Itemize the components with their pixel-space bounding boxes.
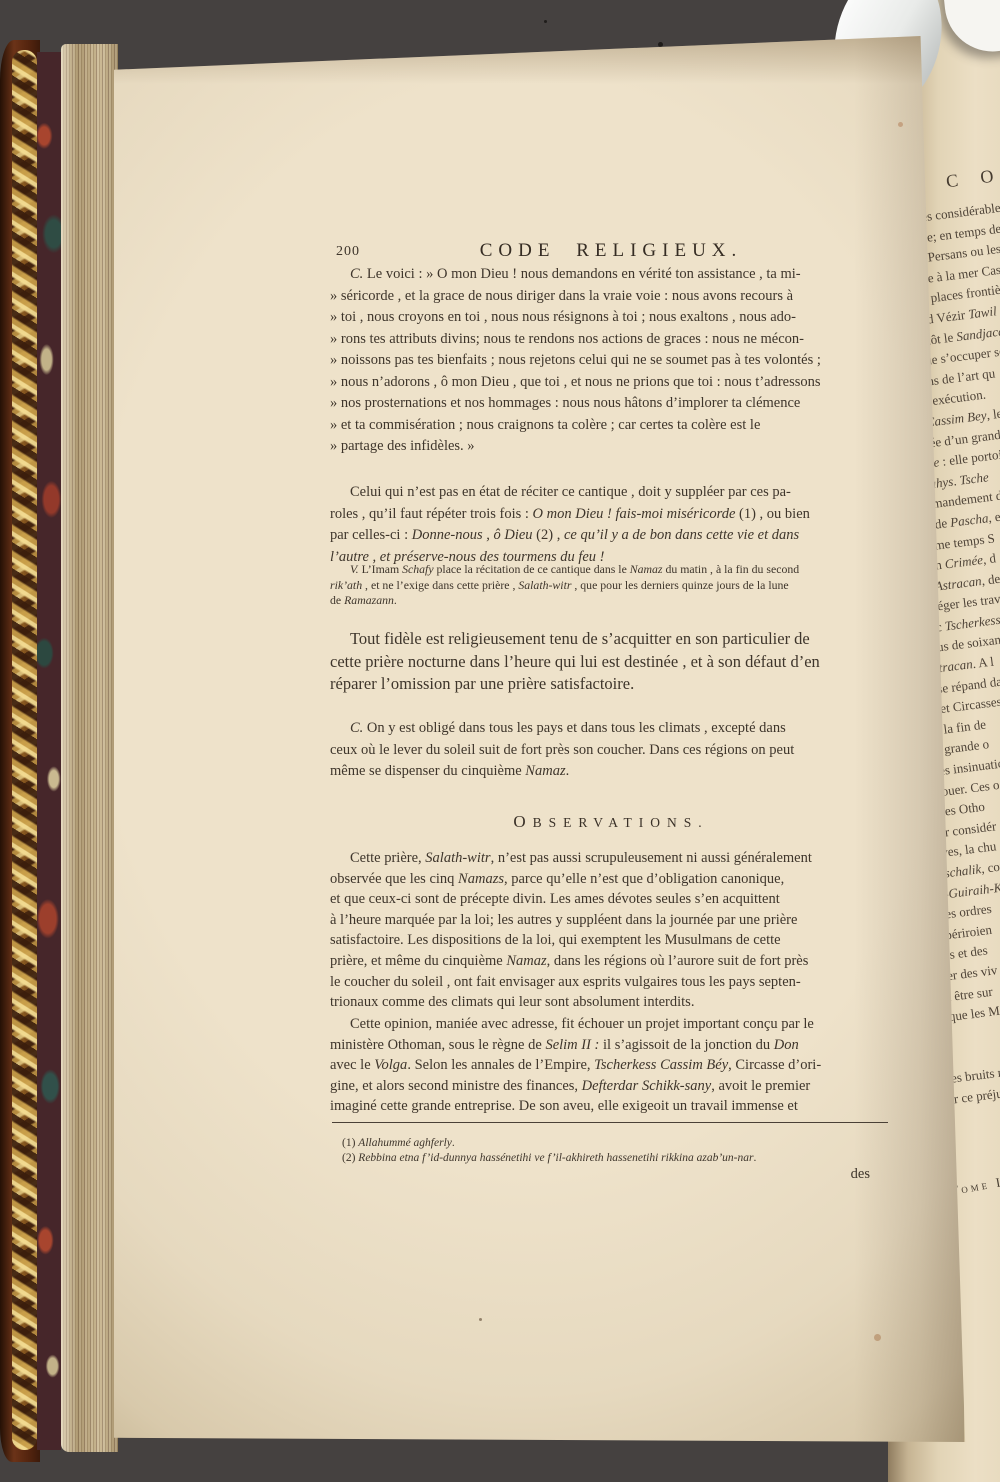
text-line: même se dispenser du cinquième Namaz. [330, 761, 892, 783]
text-line: » et ta commisération ; nous craignons t… [330, 415, 892, 437]
footnote-divider [332, 1122, 888, 1123]
text-line: observée que les cinq Namazs, parce qu’e… [330, 869, 892, 890]
text-line: » partage des infidèles. » [330, 436, 892, 458]
text-line: » noissons pas tes bienfaits ; nous reje… [330, 350, 892, 372]
text-line: et que ceux-ci sont de précepte divin. L… [330, 889, 892, 910]
text-line: à l’heure marquée par la loi; les autres… [330, 910, 892, 931]
background-speck [544, 20, 547, 23]
text-line: réparer l’omission par une prière satisf… [330, 673, 892, 696]
text-line: le coucher du soleil , ont fait envisage… [330, 972, 892, 993]
text-line: prière, et même du cinquième Namaz, dans… [330, 951, 892, 972]
text-line: C. On y est obligé dans tous les pays et… [330, 718, 892, 740]
paragraph-quote: C. Le voici : » O mon Dieu ! nous demand… [330, 264, 892, 458]
text-line: de Ramazann. [330, 593, 892, 609]
running-title: CODE RELIGIEUX. [330, 240, 892, 262]
text-line: rik’ath , et ne l’exige dans cette prièr… [330, 578, 892, 594]
text-line: ministère Othoman, sous le règne de Seli… [330, 1035, 892, 1056]
observations-heading: OBSERVATIONS. [330, 812, 892, 832]
text-line: » nous n’adorons , ô mon Dieu , que toi … [330, 372, 892, 394]
text-line: Tout fidèle est religieusement tenu de s… [330, 628, 892, 651]
catchword: des [851, 1166, 870, 1183]
paragraph-c-on: C. On y est obligé dans tous les pays et… [330, 718, 892, 783]
text-line: » rons tes attributs divins; nous te ren… [330, 329, 892, 351]
paper-stain [626, 296, 629, 299]
paragraph-cette-opinion: Cette opinion, maniée avec adresse, fit … [330, 1014, 892, 1117]
paragraph-cette-priere: Cette prière, Salath-witr, n’est pas aus… [330, 848, 892, 1013]
gilt-rope-tooling [12, 50, 37, 1450]
text-line: » toi , nous croyons en toi , nous nous … [330, 307, 892, 329]
text-line: Cette opinion, maniée avec adresse, fit … [330, 1014, 892, 1035]
paper-stain [479, 1318, 482, 1321]
main-page: 200 CODE RELIGIEUX. C. Le voici : » O mo… [114, 36, 972, 1442]
text-line: » séricorde , et la grace de nous dirige… [330, 286, 892, 308]
text-line: ceux où le lever du soleil suit de fort … [330, 740, 892, 762]
text-line: cette prière nocturne dans l’heure qui l… [330, 651, 892, 674]
paragraph-tout-fidele: Tout fidèle est religieusement tenu de s… [330, 628, 892, 696]
text-line: trionaux comme des climats qui leur sont… [330, 992, 892, 1013]
marbled-endpaper [37, 52, 61, 1450]
text-line: (2) Rebbina etna f’id-dunnya hassénetihi… [342, 1151, 904, 1166]
paragraph-celui: Celui qui n’est pas en état de réciter c… [330, 482, 892, 568]
paper-stain [874, 1334, 881, 1341]
text-line: (1) Allahummé aghferly. [342, 1136, 904, 1151]
book-photo: C O mmes considérablesmerce; en temps de… [0, 0, 1000, 1482]
text-line: par celles-ci : Donne-nous , ô Dieu (2) … [330, 525, 892, 547]
paper-stain [898, 122, 903, 127]
paragraph-note-v: V. L’Imam Schafy place la récitation de … [330, 562, 892, 609]
text-line: Celui qui n’est pas en état de réciter c… [330, 482, 892, 504]
text-line: imaginé cette grande entreprise. De son … [330, 1096, 892, 1117]
page-number: 200 [336, 244, 360, 260]
text-line: avec le Volga. Selon les annales de l’Em… [330, 1055, 892, 1076]
text-line: » nos prosternations et nos hommages : n… [330, 393, 892, 415]
text-line: satisfactoire. Les dispositions de la lo… [330, 930, 892, 951]
text-line: roles , qu’il faut répéter trois fois : … [330, 504, 892, 526]
text-line: C. Le voici : » O mon Dieu ! nous demand… [330, 264, 892, 286]
text-line: gine, et alors second ministre des finan… [330, 1076, 892, 1097]
text-line: V. L’Imam Schafy place la récitation de … [330, 562, 892, 578]
page-top-shadow [114, 36, 972, 84]
footnotes: (1) Allahummé aghferly.(2) Rebbina etna … [330, 1136, 904, 1165]
background-speck [658, 42, 663, 47]
page-header: 200 CODE RELIGIEUX. [330, 240, 892, 266]
text-line: Cette prière, Salath-witr, n’est pas aus… [330, 848, 892, 869]
page-block-fore-edge [61, 44, 118, 1452]
